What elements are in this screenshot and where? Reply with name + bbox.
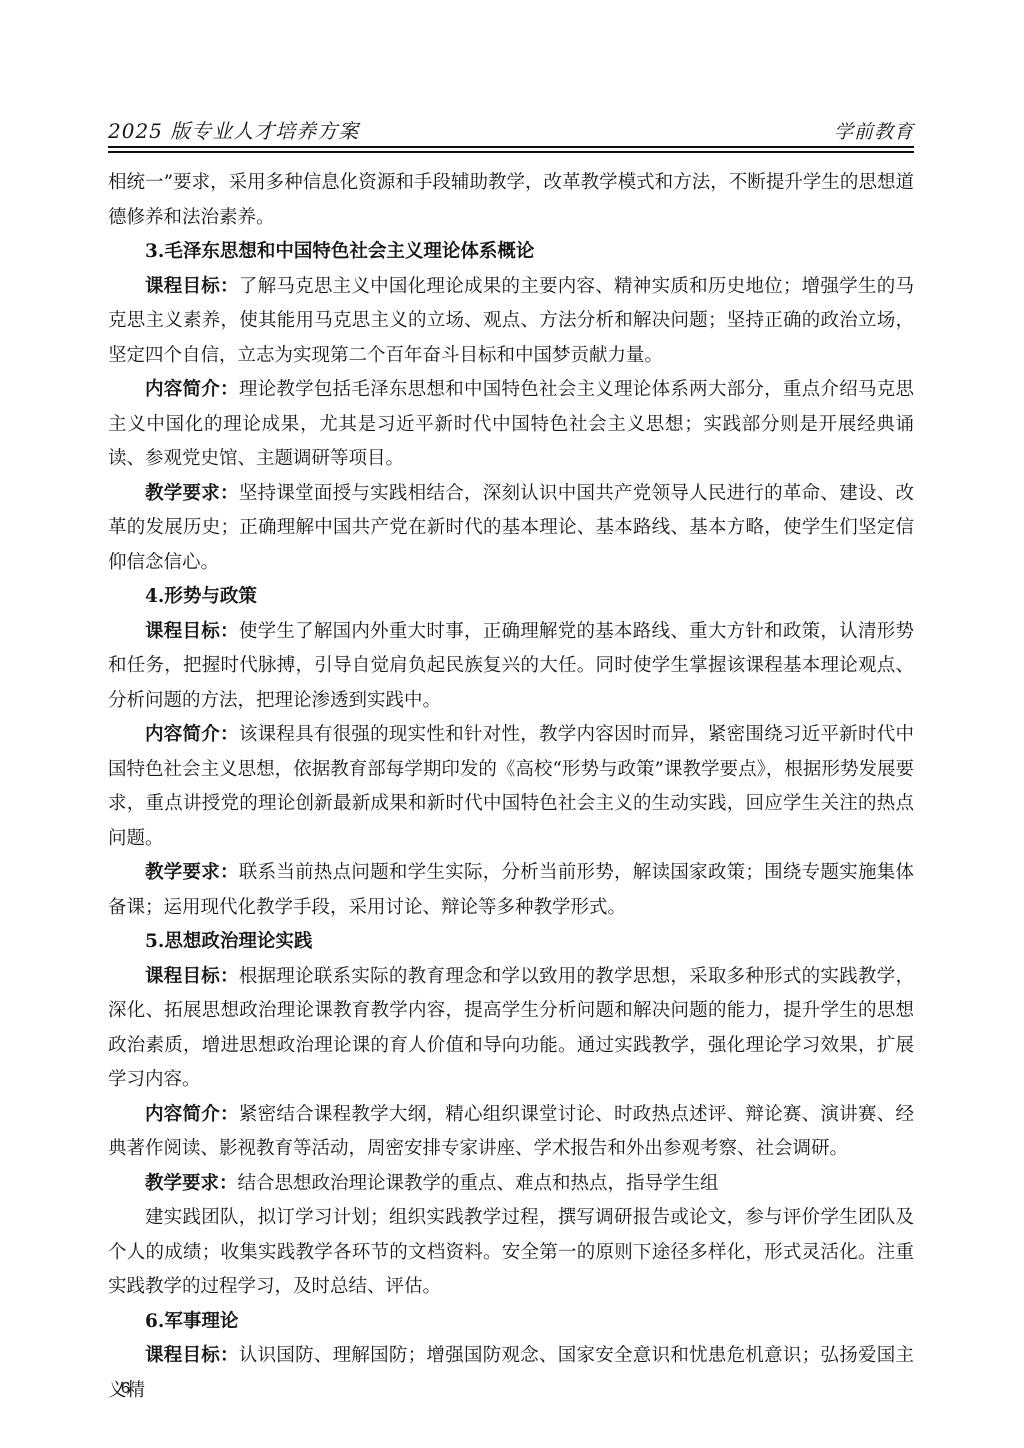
page-number: 6 [121,1380,130,1398]
body-paragraph: 内容简介：该课程具有很强的现实性和针对性，教学内容因时而异，紧密围绕习近平新时代… [108,718,914,856]
section-heading: 6.军事理论 [108,1305,914,1340]
body-paragraph: 相统一”要求，采用多种信息化资源和手段辅助教学，改革教学模式和方法，不断提升学生… [108,166,914,235]
paragraph-label: 内容简介： [145,379,239,400]
paragraph-label: 内容简介： [145,724,239,745]
page-header: 2025 版专业人才培养方案 学前教育 [108,116,914,144]
paragraph-label: 教学要求： [145,1173,238,1194]
body-paragraph: 课程目标：了解马克思主义中国化理论成果的主要内容、精神实质和历史地位；增强学生的… [108,270,914,374]
body-paragraph: 内容简介：理论教学包括毛泽东思想和中国特色社会主义理论体系两大部分，重点介绍马克… [108,373,914,477]
paragraph-label: 课程目标： [145,1345,239,1366]
paragraph-label: 课程目标： [145,621,239,642]
paragraph-label: 教学要求： [145,862,239,883]
header-left-title: 2025 版专业人才培养方案 [108,115,359,144]
paragraph-label: 课程目标： [145,276,239,297]
document-body: 相统一”要求，采用多种信息化资源和手段辅助教学，改革教学模式和方法，不断提升学生… [108,166,914,1408]
body-paragraph: 课程目标：使学生了解国内外重大时事，正确理解党的基本路线、重大方针和政策，认清形… [108,615,914,719]
paragraph-label: 课程目标： [145,966,239,987]
body-paragraph: 建实践团队，拟订学习计划；组织实践教学过程，撰写调研报告或论文，参与评价学生团队… [108,1201,914,1305]
paragraph-label: 内容简介： [145,1104,239,1125]
body-paragraph: 课程目标：认识国防、理解国防；增强国防观念、国家安全意识和忧患危机意识；弘扬爱国… [108,1339,914,1408]
body-paragraph: 教学要求：联系当前热点问题和学生实际，分析当前形势，解读国家政策；围绕专题实施集… [108,856,914,925]
body-paragraph: 教学要求：坚持课堂面授与实践相结合，深刻认识中国共产党领导人民进行的革命、建设、… [108,477,914,581]
body-paragraph: 内容简介：紧密结合课程教学大纲，精心组织课堂讨论、时政热点述评、辩论赛、演讲赛、… [108,1098,914,1167]
section-heading: 5.思想政治理论实践 [108,925,914,960]
paragraph-label: 教学要求： [145,483,239,504]
header-double-rule [108,146,914,153]
section-heading: 3.毛泽东思想和中国特色社会主义理论体系概论 [108,235,914,270]
body-paragraph: 课程目标：根据理论联系实际的教育理念和学以致用的教学思想，采取多种形式的实践教学… [108,960,914,1098]
section-heading: 4.形势与政策 [108,580,914,615]
document-page: 2025 版专业人才培养方案 学前教育 相统一”要求，采用多种信息化资源和手段辅… [0,0,1024,1448]
header-right-title: 学前教育 [834,117,914,144]
body-paragraph: 教学要求：结合思想政治理论课教学的重点、难点和热点，指导学生组 [108,1167,914,1202]
